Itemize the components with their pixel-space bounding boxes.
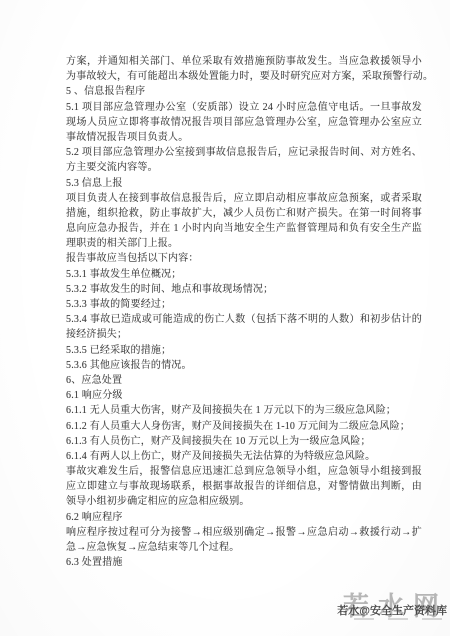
watermark: 若水网 若水@安全生产资料库 (323, 586, 448, 626)
document-line: 接经济损失； (66, 327, 422, 342)
document-line: 5.3.6 其他应该报告的情况。 (66, 358, 422, 373)
document-line: 现场人员应立即将事故情况报告项目部应急管理办公室，应急管理办公室应立即将 (66, 115, 422, 130)
document-line: 5.3 信息上报 (66, 176, 422, 191)
document-line: 5.3.5 已经采取的措施； (66, 343, 422, 358)
document-line: 6.1.3 有人员伤亡，财产及间接损失在 10 万元以上为一级应急风险； (66, 434, 422, 449)
document-line: 6.3 处置措施 (66, 555, 422, 570)
document-line: 6、应急处置 (66, 373, 422, 388)
watermark-account-name: 若水@安全生产资料库 (337, 602, 447, 618)
document-line: 报告事故应当包括以下内容： (66, 251, 422, 266)
document-line: 措施，组织抢救，防止事故扩大，减少人员伤亡和财产损失。在第一时间将事故信 (66, 206, 422, 221)
document-line: 5.3.4 事故已造成或可能造成的伤亡人数（包括下落不明的人数）和初步估计的直 (66, 312, 422, 327)
document-line: 6.1.4 有两人以上伤亡，财产及间接损失无法估算的为特级应急风险。 (66, 449, 422, 464)
document-line: 5.3.1 事故发生单位概况； (66, 267, 422, 282)
document-line: 方主要交流内容等。 (66, 160, 422, 175)
document-line: 领导小组初步确定相应的应急相应级别。 (66, 494, 422, 509)
document-line: 6.1.1 无人员重大伤害，财产及间接损失在 1 万元以下的为三级应急风险； (66, 403, 422, 418)
document-line: 响应程序按过程可分为接警→相应级别确定→报警→应急启动→救援行动→扩大应 (66, 525, 422, 540)
document-line: 项目负责人在接到事故信息报告后，应立即启动相应事故应急预案，或者采取有效 (66, 191, 422, 206)
document-line: 急→应急恢复→应急结束等几个过程。 (66, 540, 422, 555)
document-page: 方案，并通知相关部门、单位采取有效措施预防事故发生。当应急救援领导小组认为事故较… (0, 0, 450, 636)
document-line: 6.1.2 有人员重大人身伤害，财产及间接损失在 1-10 万元间为二级应急风险… (66, 419, 422, 434)
document-line: 6.2 响应程序 (66, 510, 422, 525)
document-line: 为事故较大，有可能超出本级处置能力时，要及时研究应对方案，采取预警行动。 (66, 69, 422, 84)
document-line: 5.3.2 事故发生的时间、地点和事故现场情况； (66, 282, 422, 297)
document-line: 方案，并通知相关部门、单位采取有效措施预防事故发生。当应急救援领导小组认 (66, 54, 422, 69)
document-line: 事故情况报告项目负责人。 (66, 130, 422, 145)
document-line: 应立即建立与事故现场联系，根据事故报告的详细信息，对警情做出判断，由应急 (66, 479, 422, 494)
document-line: 息向应急办报告，并在 1 小时内向当地安全生产监督管理局和负有安全生产监督管 (66, 221, 422, 236)
document-line: 事故灾难发生后，报警信息应迅速汇总到应急领导小组，应急领导小组接到报警后， (66, 464, 422, 479)
document-body: 方案，并通知相关部门、单位采取有效措施预防事故发生。当应急救援领导小组认为事故较… (66, 54, 422, 570)
document-line: 理职责的相关部门上报。 (66, 236, 422, 251)
document-line: 5.1 项目部应急管理办公室（安质部）设立 24 小时应急值守电话。一旦事故发生… (66, 100, 422, 115)
watermark-underline-marks (354, 618, 442, 620)
document-line: 5.2 项目部应急管理办公室接到事故信息报告后，应记录报告时间、对方姓名、双 (66, 145, 422, 160)
document-line: 6.1 响应分级 (66, 388, 422, 403)
document-line: 5 、信息报告程序 (66, 84, 422, 99)
document-line: 5.3.3 事故的简要经过； (66, 297, 422, 312)
